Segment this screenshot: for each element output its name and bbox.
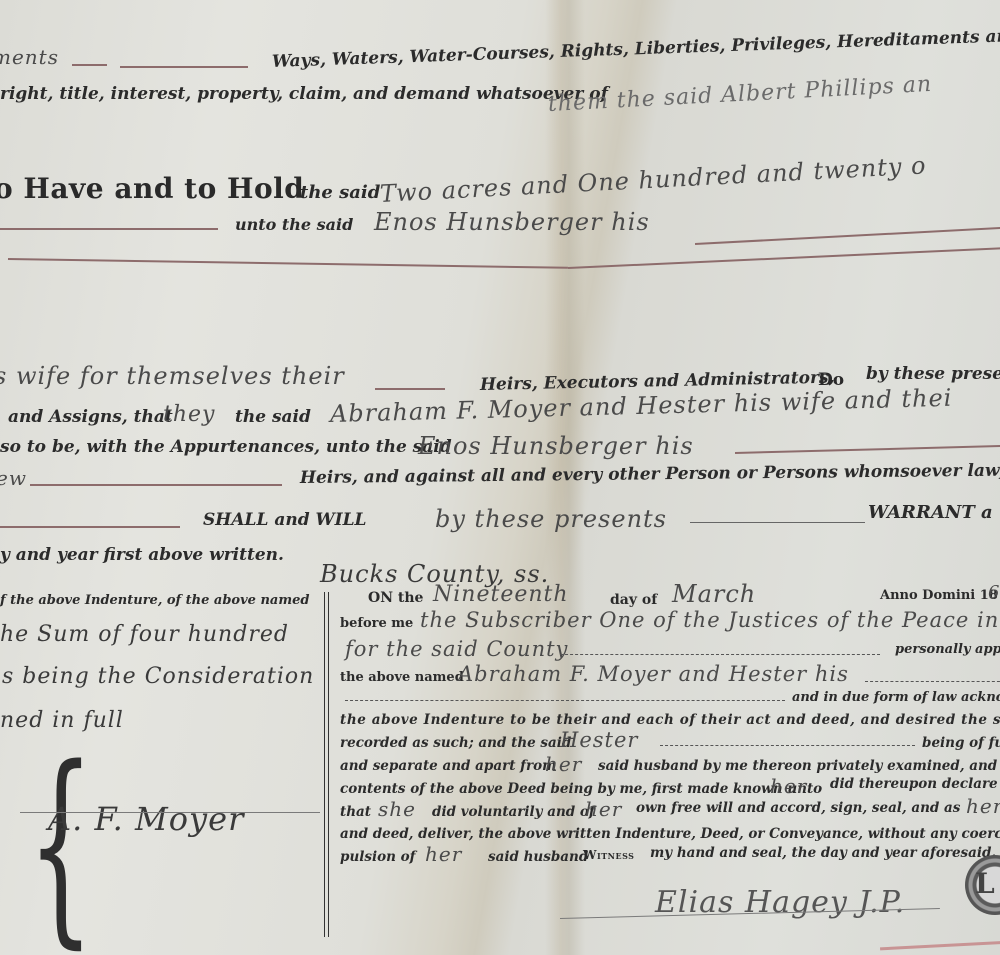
printed-shall-and-will: SHALL and WILL — [203, 510, 366, 530]
handwritten-acreage: Two acres and One hundred and twenty o — [379, 151, 927, 208]
printed-by-these-presents: by these presen — [866, 364, 1000, 384]
dashed-rule — [660, 745, 915, 747]
handwritten-month: March — [672, 580, 756, 608]
handwritten-day: Nineteenth — [433, 582, 569, 607]
handwritten-them-the-said: them the said Albert Phillips an — [547, 72, 932, 117]
printed-heirs-against-all: Heirs, and against all and every other P… — [300, 460, 1000, 488]
printed-ack-p7b: said husband — [488, 849, 588, 865]
printed-on-the: ON the — [368, 590, 423, 606]
printed-ack-p3b: said husband by me thereon privately exa… — [598, 758, 1000, 774]
printed-ack-p6: and deed, deliver, the above written Ind… — [340, 826, 1000, 842]
handwritten-grantors-names: Abraham F. Moyer and Hester his — [458, 662, 849, 686]
red-rule — [375, 388, 445, 390]
printed-ack-p2b: being of full — [922, 735, 1000, 751]
handwritten-her: her — [545, 752, 582, 776]
handwritten-sum: he Sum of four hundred — [0, 622, 289, 647]
printed-ack-p2a: recorded as such; and the said — [340, 735, 571, 751]
red-rule — [880, 941, 1000, 951]
handwritten-ments: ments — [0, 45, 59, 69]
handwritten-her: her — [966, 794, 1000, 818]
printed-receipt-heading: f the above Indenture, of the above name… — [0, 593, 309, 608]
red-rule — [568, 247, 1000, 268]
printed-ack-p4a: contents of the above Deed being by me, … — [340, 781, 822, 797]
handwritten-she: she — [378, 797, 416, 821]
printed-above-named: the above named — [340, 670, 464, 685]
signature-grantor: A. F. Moyer — [48, 800, 244, 838]
handwritten-heirs-prefix: ew — [0, 466, 27, 490]
handwritten-her: her — [770, 774, 807, 798]
printed-before-me: before me — [340, 616, 413, 631]
printed-unto-the-said: unto the said — [235, 215, 353, 234]
gothic-to-have-and-to-hold: o Have and to Hold — [0, 172, 304, 205]
dashed-rule — [865, 681, 1000, 683]
printed-warrant: WARRANT a — [868, 502, 993, 523]
handwritten-wife-themselves: s wife for themselves their — [0, 362, 345, 390]
handwritten-consideration: s being the Consideration — [2, 664, 314, 689]
printed-and-assigns: and Assigns, that — [8, 407, 173, 427]
printed-ack-p5a: that — [340, 804, 371, 820]
red-rule — [690, 522, 865, 523]
printed-ack-p7a: pulsion of — [340, 849, 415, 865]
wax-seal-icon: L — [965, 855, 1000, 915]
printed-ack-p7c: my hand and seal, the day and year afore… — [650, 845, 996, 861]
handwritten-grantee: Enos Hunsberger his — [374, 208, 650, 236]
red-rule — [30, 484, 282, 486]
red-rule — [0, 228, 218, 230]
handwritten-they: they — [163, 402, 215, 427]
printed-anno-domini: Anno Domini 18 — [880, 588, 998, 603]
printed-the-said: the said — [235, 407, 311, 427]
printed-due-form: and in due form of law acknowled — [792, 690, 1000, 705]
red-rule — [72, 64, 107, 66]
dashed-rule — [560, 654, 880, 656]
printed-the-said: the said — [300, 182, 380, 203]
handwritten-said-county: for the said County — [345, 637, 568, 661]
signature-line — [20, 812, 320, 813]
column-divider — [328, 592, 329, 937]
printed-day-of: day of — [610, 592, 657, 608]
column-divider — [324, 592, 325, 937]
printed-ack-p5c: own free will and accord, sign, seal, an… — [636, 800, 960, 816]
brace-symbol: { — [27, 740, 94, 950]
printed-ack-p3a: and separate and apart from — [340, 758, 556, 774]
red-rule — [120, 66, 248, 68]
red-rule — [735, 445, 1000, 454]
printed-ack-p4b: did thereupon declare and — [830, 776, 1000, 792]
printed-right-title: right, title, interest, property, claim,… — [0, 84, 608, 104]
printed-ways-waters: Ways, Waters, Water-Courses, Rights, Lib… — [272, 23, 1000, 72]
printed-ack-p1: the above Indenture to be their and each… — [340, 712, 1000, 728]
printed-witness: Witness — [583, 848, 634, 862]
red-rule — [0, 526, 180, 528]
handwritten-year-digit: 6 — [988, 582, 1000, 603]
handwritten-subscriber: the Subscriber One of the Justices of th… — [420, 608, 1000, 632]
red-rule — [695, 227, 1000, 245]
handwritten-her: her — [585, 797, 622, 821]
dashed-rule — [345, 700, 785, 702]
printed-ack-p5b: did voluntarily and of — [432, 804, 595, 820]
printed-personally-appeared: personally appea — [895, 642, 1000, 657]
handwritten-her: her — [425, 842, 462, 866]
printed-appurtenances: so to be, with the Appurtenances, unto t… — [0, 437, 452, 457]
handwritten-hester: Hester — [560, 728, 638, 752]
handwritten-grantee-2: Enos Hunsberger his — [418, 432, 694, 460]
red-rule — [8, 258, 568, 268]
printed-year-first-above: y and year first above written. — [0, 545, 284, 565]
handwritten-by-these-presents: by these presents — [435, 505, 667, 533]
